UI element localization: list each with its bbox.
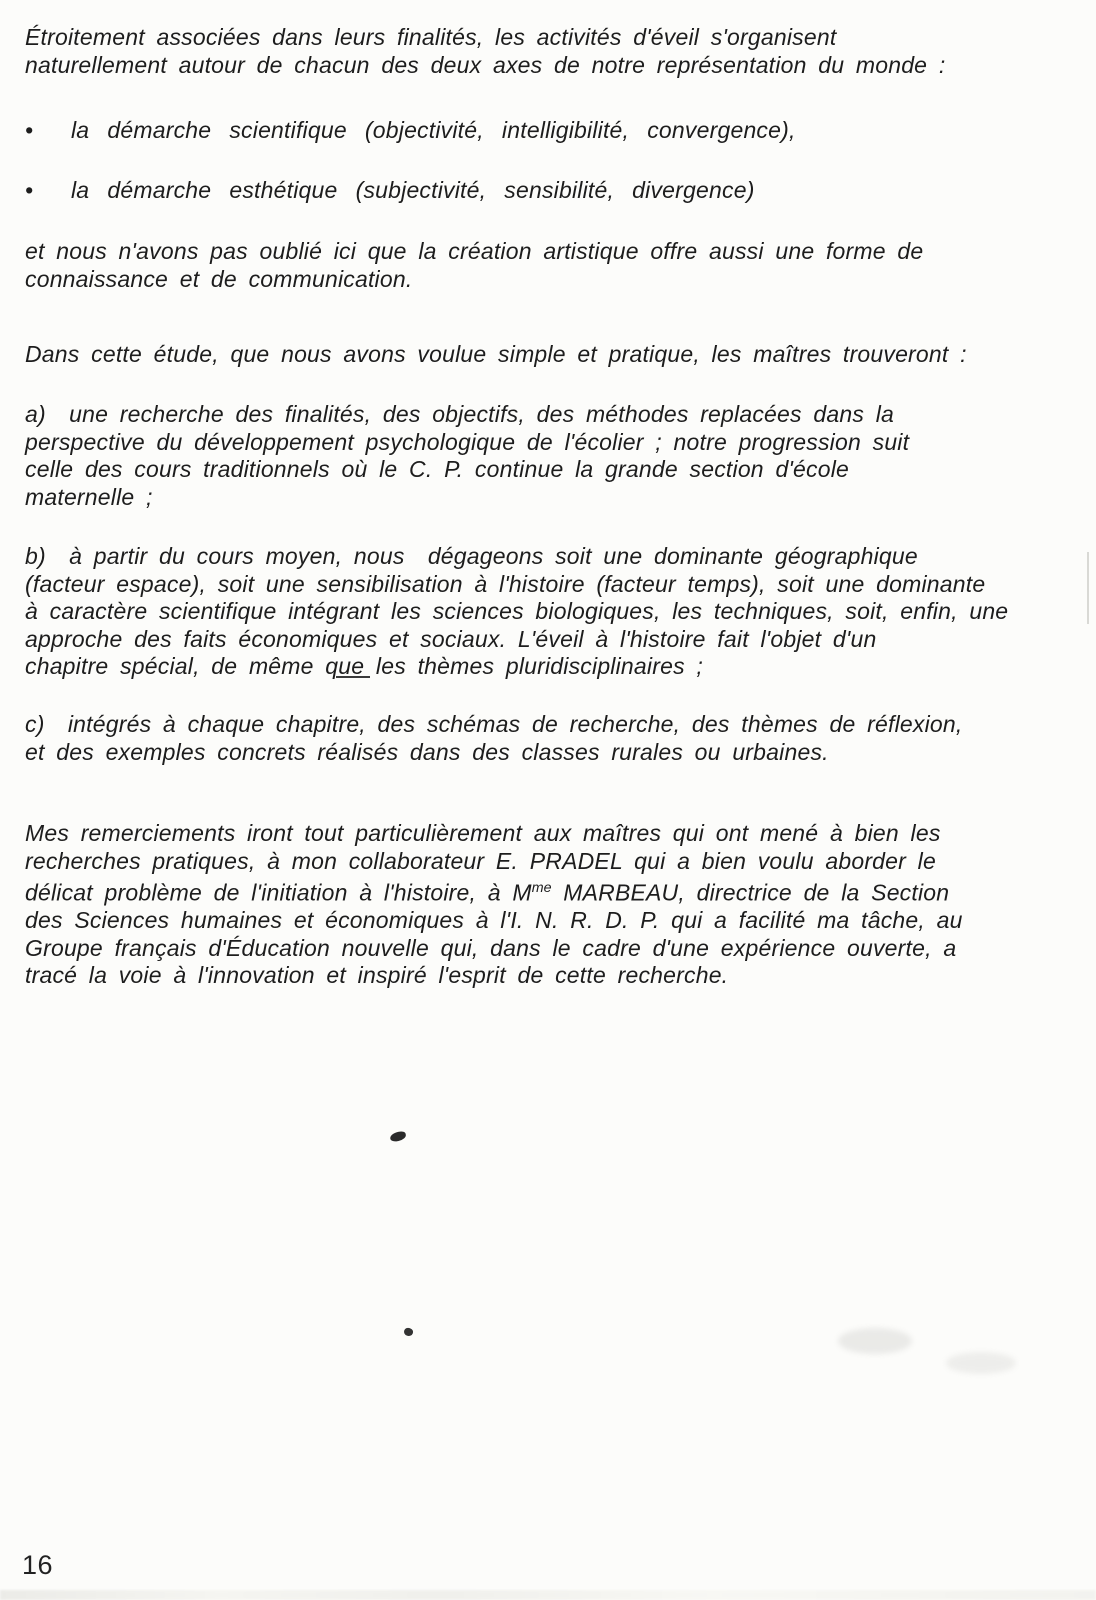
ink-speck xyxy=(403,1327,414,1338)
text-line: Étroitement associées dans leurs finalit… xyxy=(25,24,945,52)
paragraph-after-bullets: et nous n'avons pas oublié ici que la cr… xyxy=(25,238,923,293)
text-line: et des exemples concrets réalisés dans d… xyxy=(25,739,962,767)
text-line: Dans cette étude, que nous avons voulue … xyxy=(25,341,967,369)
text-line: des Sciences humaines et économiques à l… xyxy=(25,907,963,935)
text-line: a) une recherche des finalités, des obje… xyxy=(25,401,909,429)
text-line: c) intégrés à chaque chapitre, des schém… xyxy=(25,711,962,739)
text-line: (facteur espace), soit une sensibilisati… xyxy=(25,571,1008,599)
bullet-text: la démarche esthétique (subjectivité, se… xyxy=(71,177,755,205)
text-line: celle des cours traditionnels où le C. P… xyxy=(25,456,909,484)
text-line: et nous n'avons pas oublié ici que la cr… xyxy=(25,238,923,266)
superscript-me: me xyxy=(532,880,552,896)
text-line: recherches pratiques, à mon collaborateu… xyxy=(25,848,963,876)
bullet-item-esthetic: • la démarche esthétique (subjectivité, … xyxy=(25,177,755,205)
paragraph-study-intro: Dans cette étude, que nous avons voulue … xyxy=(25,341,967,369)
text-line: perspective du développement psychologiq… xyxy=(25,429,909,457)
bullet-text: la démarche scientifique (objectivité, i… xyxy=(71,117,796,145)
scan-bottom-noise xyxy=(0,1590,1096,1600)
scan-smudge xyxy=(946,1352,1016,1374)
text-line: Mes remerciements iront tout particulièr… xyxy=(25,820,963,848)
bullet-icon: • xyxy=(25,117,71,145)
text-line: naturellement autour de chacun des deux … xyxy=(25,52,945,80)
text-line: tracé la voie à l'innovation et inspiré … xyxy=(25,962,963,990)
bullet-icon: • xyxy=(25,177,71,205)
scan-edge-artifact xyxy=(1087,552,1089,624)
page-number: 16 xyxy=(22,1552,53,1580)
text-line: approche des faits économiques et sociau… xyxy=(25,626,1008,654)
text-segment: MARBEAU, directrice de la Section xyxy=(552,880,950,906)
text-line: connaissance et de communication. xyxy=(25,266,923,294)
text-line-with-superscript: délicat problème de l'initiation à l'his… xyxy=(25,875,963,907)
text-segment: délicat problème de l'initiation à l'his… xyxy=(25,880,532,906)
paragraph-item-c: c) intégrés à chaque chapitre, des schém… xyxy=(25,711,962,766)
bullet-item-scientific: • la démarche scientifique (objectivité,… xyxy=(25,117,796,145)
paragraph-item-a: a) une recherche des finalités, des obje… xyxy=(25,401,909,511)
text-line: maternelle ; xyxy=(25,484,909,512)
text-line: à caractère scientifique intégrant les s… xyxy=(25,598,1008,626)
text-line: b) à partir du cours moyen, nous dégageo… xyxy=(25,543,1008,571)
ink-speck xyxy=(389,1130,407,1142)
text-line: chapitre spécial, de même que les thèmes… xyxy=(25,653,1008,681)
scanned-book-page: Étroitement associées dans leurs finalit… xyxy=(0,0,1096,1600)
paragraph-item-b: b) à partir du cours moyen, nous dégageo… xyxy=(25,543,1008,681)
paragraph-intro: Étroitement associées dans leurs finalit… xyxy=(25,24,945,79)
scan-smudge xyxy=(838,1328,912,1354)
text-line: Groupe français d'Éducation nouvelle qui… xyxy=(25,935,963,963)
paragraph-acknowledgements: Mes remerciements iront tout particulièr… xyxy=(25,820,963,990)
